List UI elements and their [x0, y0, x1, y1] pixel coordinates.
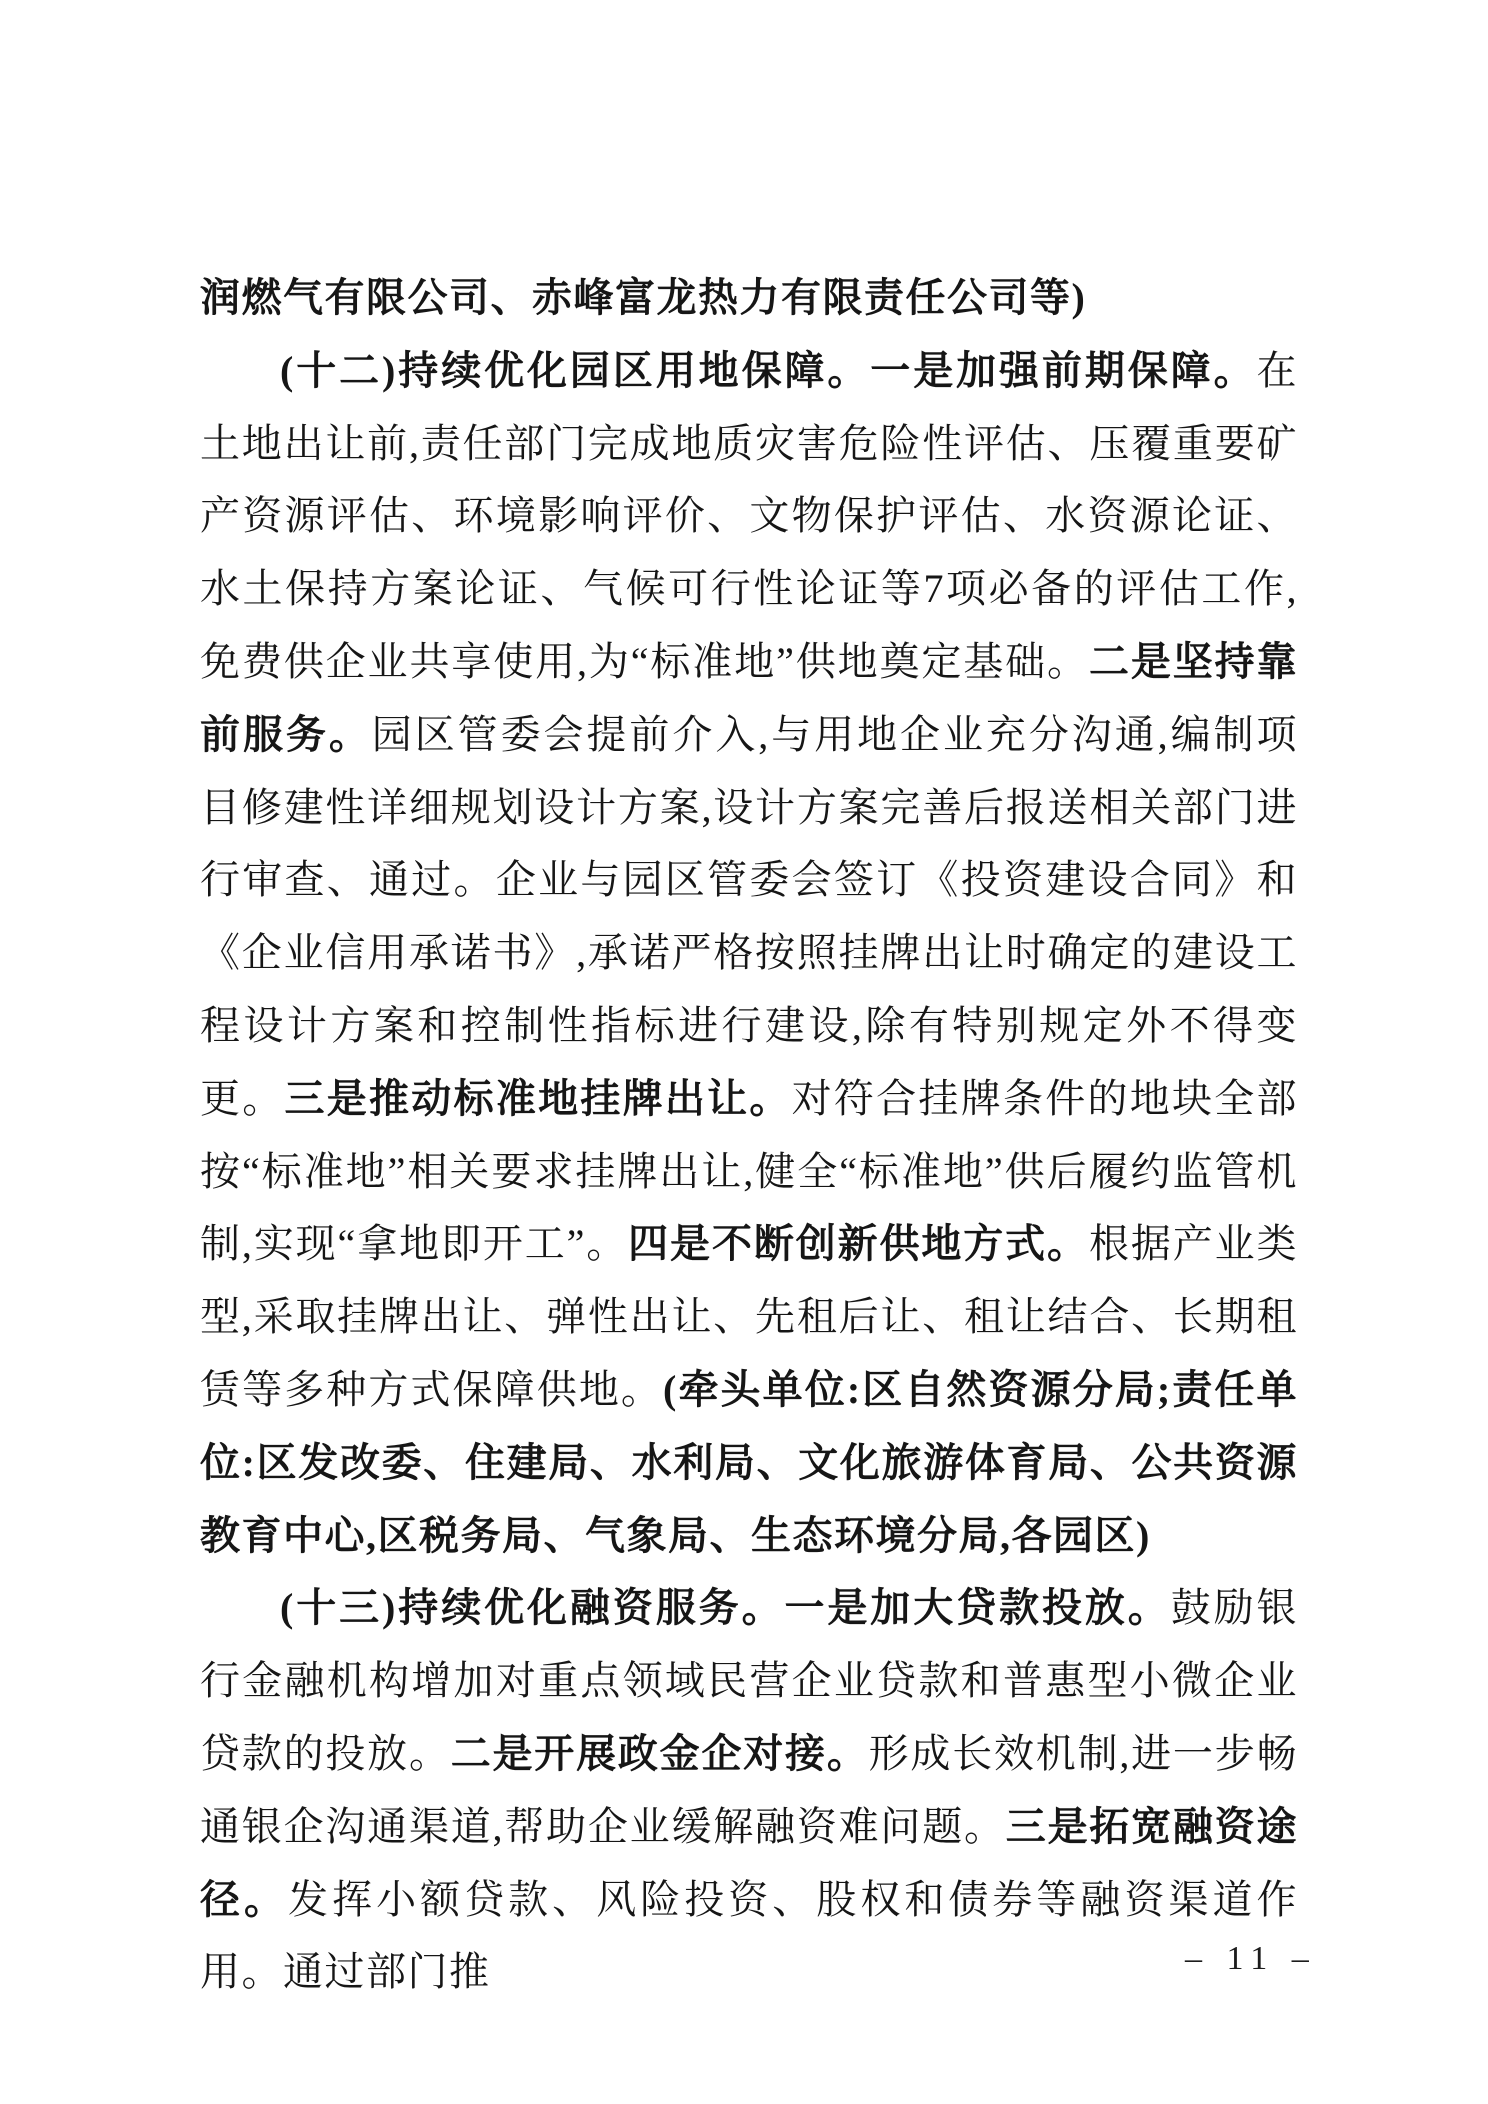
text-segment-heading: 二是开展政金企对接。	[451, 1731, 869, 1776]
text-segment-heading: (十三)持续优化融资服务。一是加大贷款投放。	[280, 1585, 1171, 1630]
text-segment: 园区管委会提前介入,与用地企业充分沟通,编制项目修建性详细规划设计方案,设计方案…	[200, 712, 1298, 1121]
paragraph-item-12: (十二)持续优化园区用地保障。一是加强前期保障。在土地出让前,责任部门完成地质灾…	[200, 335, 1298, 1573]
text-segment-heading: 四是不断创新供地方式。	[628, 1221, 1089, 1266]
page-number: – 11 –	[1185, 1940, 1317, 1978]
text-segment: 发挥小额贷款、风险投资、股权和债券等融资渠道作用。通过部门推	[200, 1877, 1298, 1995]
paragraph-continuation: 润燃气有限公司、赤峰富龙热力有限责任公司等)	[200, 262, 1298, 335]
text-segment-heading: (十二)持续优化园区用地保障。一是加强前期保障。	[280, 348, 1257, 393]
text-segment-heading: 三是推动标准地挂牌出让。	[285, 1076, 792, 1121]
text-segment: 润燃气有限公司、赤峰富龙热力有限责任公司等)	[200, 275, 1086, 320]
document-page: 润燃气有限公司、赤峰富龙热力有限责任公司等) (十二)持续优化园区用地保障。一是…	[0, 0, 1488, 2104]
body-text: 润燃气有限公司、赤峰富龙热力有限责任公司等) (十二)持续优化园区用地保障。一是…	[200, 262, 1298, 2009]
text-segment: 在土地出让前,责任部门完成地质灾害危险性评估、压覆重要矿产资源评估、环境影响评价…	[200, 348, 1298, 684]
paragraph-item-13: (十三)持续优化融资服务。一是加大贷款投放。鼓励银行金融机构增加对重点领域民营企…	[200, 1572, 1298, 2009]
